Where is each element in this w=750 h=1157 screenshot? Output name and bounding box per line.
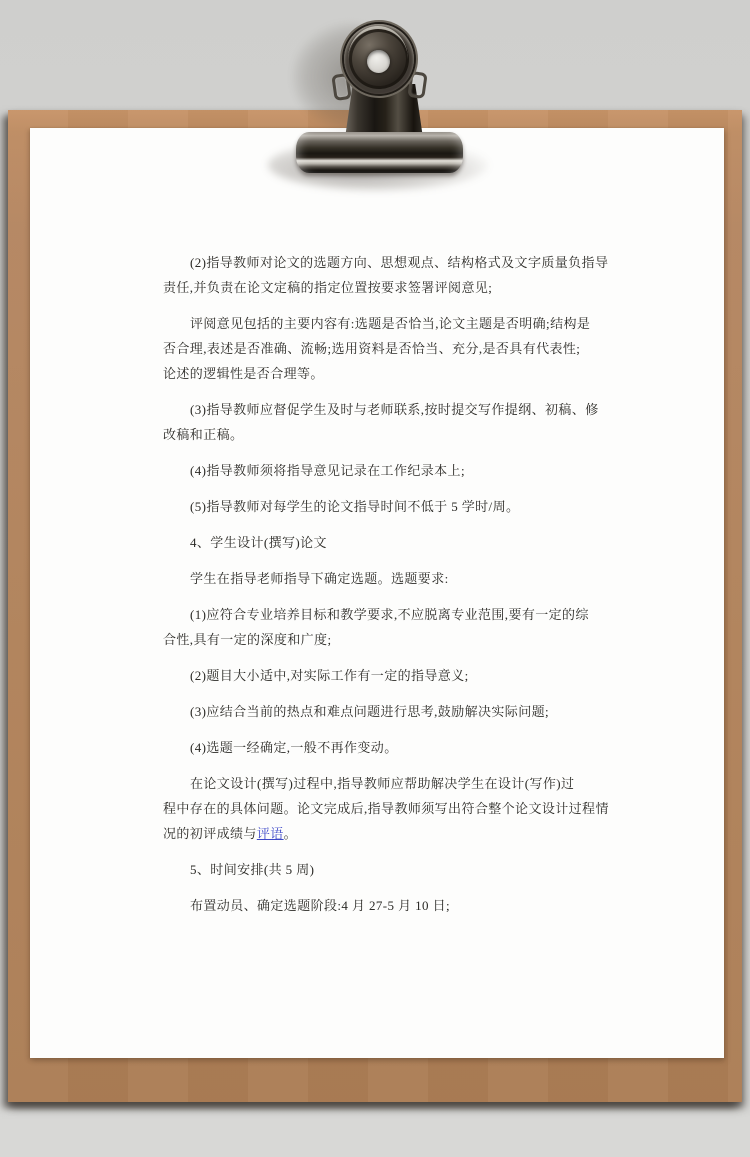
paper-sheet: (2)指导教师对论文的选题方向、思想观点、结构格式及文字质量负指导责任,并负责在… [30, 128, 724, 1058]
document-line: 在论文设计(撰写)过程中,指导教师应帮助解决学生在设计(写作)过 [163, 771, 623, 796]
binder-clip-bar [296, 132, 463, 173]
document-line: 况的初评成绩与评语。 [163, 821, 623, 846]
paragraph: (5)指导教师对每学生的论文指导时间不低于 5 学时/周。 [163, 494, 623, 519]
paragraph: 学生在指导老师指导下确定选题。选题要求: [163, 566, 623, 591]
paragraph: (2)指导教师对论文的选题方向、思想观点、结构格式及文字质量负指导责任,并负责在… [163, 250, 623, 300]
document-line: 布置动员、确定选题阶段:4 月 27-5 月 10 日; [163, 893, 623, 918]
paragraph: 5、时间安排(共 5 周) [163, 857, 623, 882]
paragraph: (4)指导教师须将指导意见记录在工作纪录本上; [163, 458, 623, 483]
paragraph: 布置动员、确定选题阶段:4 月 27-5 月 10 日; [163, 893, 623, 918]
document-line: (3)应结合当前的热点和难点问题进行思考,鼓励解决实际问题; [163, 699, 623, 724]
binder-clip-knob [344, 24, 414, 94]
photo-background: { "scene": { "background_color": "#d2d2d… [0, 0, 750, 1157]
document-line: (4)指导教师须将指导意见记录在工作纪录本上; [163, 458, 623, 483]
document-text: (2)指导教师对论文的选题方向、思想观点、结构格式及文字质量负指导责任,并负责在… [163, 250, 623, 929]
paragraph: (4)选题一经确定,一般不再作变动。 [163, 735, 623, 760]
document-line: 改稿和正稿。 [163, 422, 623, 447]
document-line: (2)题目大小适中,对实际工作有一定的指导意义; [163, 663, 623, 688]
document-line: 程中存在的具体问题。论文完成后,指导教师须写出符合整个论文设计过程情 [163, 796, 623, 821]
document-line: 否合理,表述是否准确、流畅;选用资料是否恰当、充分,是否具有代表性; [163, 336, 623, 361]
document-line: 评阅意见包括的主要内容有:选题是否恰当,论文主题是否明确;结构是 [163, 311, 623, 336]
pingyu-link[interactable]: 评语 [257, 826, 284, 841]
document-line: (5)指导教师对每学生的论文指导时间不低于 5 学时/周。 [163, 494, 623, 519]
paragraph: 在论文设计(撰写)过程中,指导教师应帮助解决学生在设计(写作)过程中存在的具体问… [163, 771, 623, 846]
document-line: 学生在指导老师指导下确定选题。选题要求: [163, 566, 623, 591]
paragraph: (3)应结合当前的热点和难点问题进行思考,鼓励解决实际问题; [163, 699, 623, 724]
document-line: 5、时间安排(共 5 周) [163, 857, 623, 882]
document-line: 合性,具有一定的深度和广度; [163, 627, 623, 652]
paragraph: 4、学生设计(撰写)论文 [163, 530, 623, 555]
document-line: 论述的逻辑性是否合理等。 [163, 361, 623, 386]
document-line: (4)选题一经确定,一般不再作变动。 [163, 735, 623, 760]
document-line: (3)指导教师应督促学生及时与老师联系,按时提交写作提纲、初稿、修 [163, 397, 623, 422]
document-line: 4、学生设计(撰写)论文 [163, 530, 623, 555]
paragraph: (2)题目大小适中,对实际工作有一定的指导意义; [163, 663, 623, 688]
paragraph: 评阅意见包括的主要内容有:选题是否恰当,论文主题是否明确;结构是否合理,表述是否… [163, 311, 623, 386]
clip-hole [367, 50, 390, 73]
paragraph: (1)应符合专业培养目标和教学要求,不应脱离专业范围,要有一定的综合性,具有一定… [163, 602, 623, 652]
clip-spring-wire-right [407, 71, 427, 99]
document-line: (1)应符合专业培养目标和教学要求,不应脱离专业范围,要有一定的综 [163, 602, 623, 627]
document-line: (2)指导教师对论文的选题方向、思想观点、结构格式及文字质量负指导 [163, 250, 623, 275]
document-line: 责任,并负责在论文定稿的指定位置按要求签署评阅意见; [163, 275, 623, 300]
paragraph: (3)指导教师应督促学生及时与老师联系,按时提交写作提纲、初稿、修改稿和正稿。 [163, 397, 623, 447]
